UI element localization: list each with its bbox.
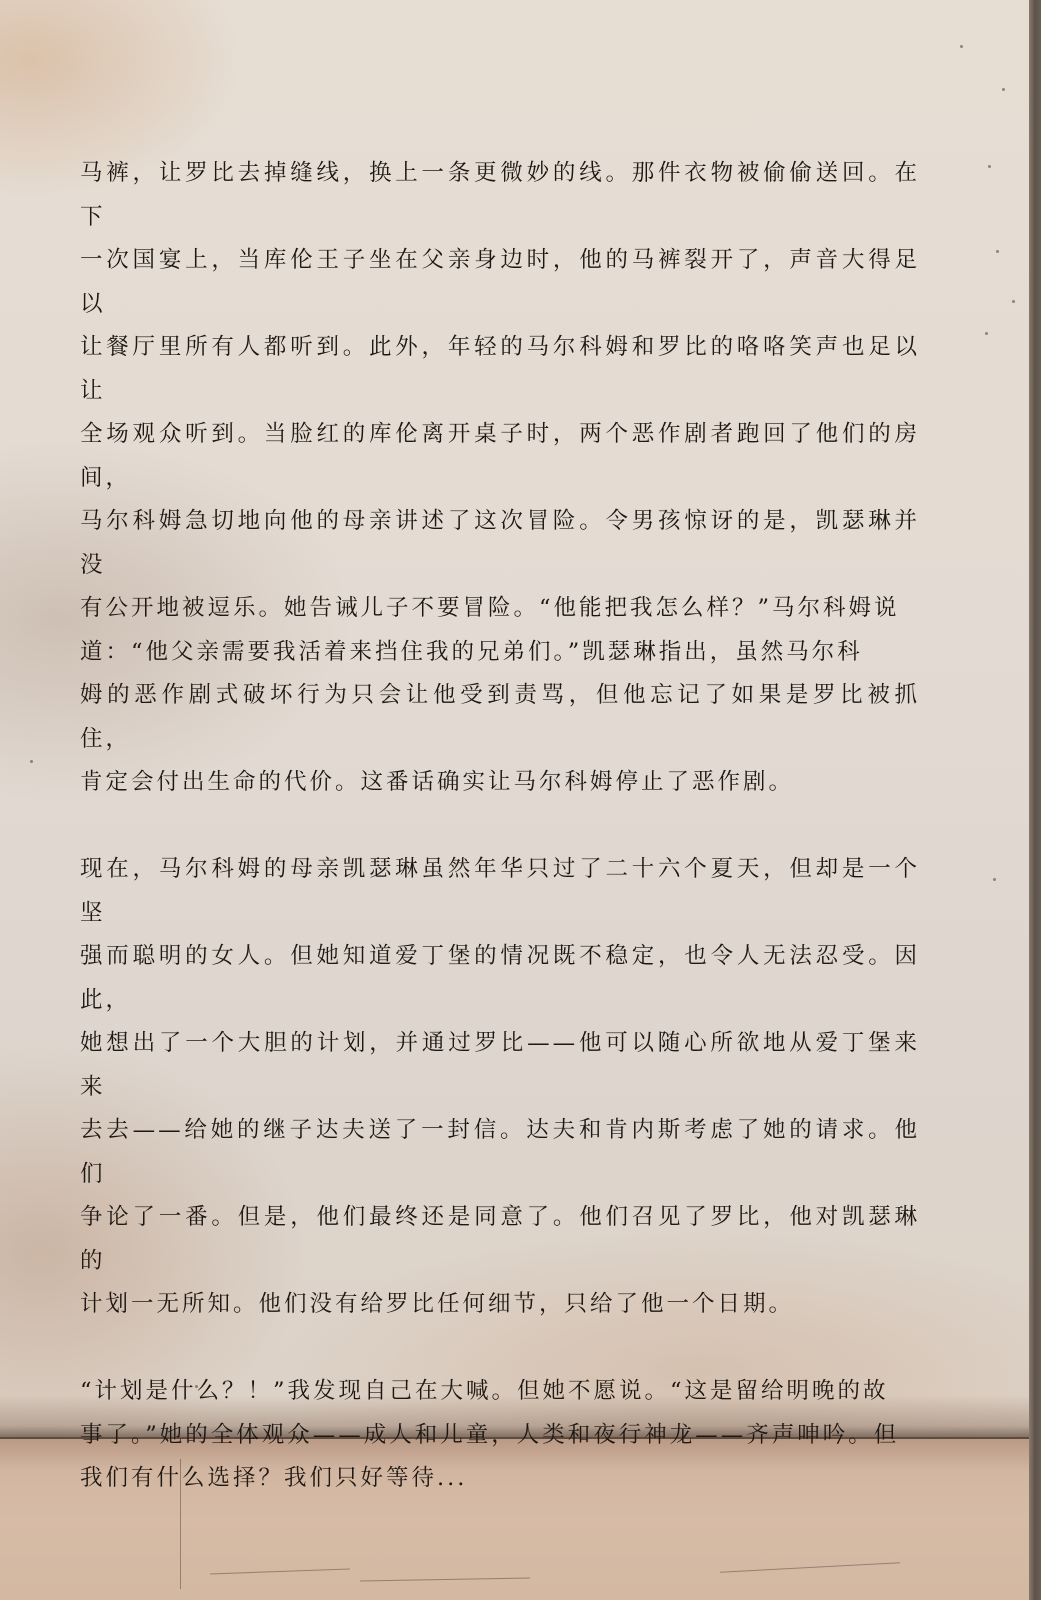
paper-speck xyxy=(30,760,33,763)
text-line: 马尔科姆急切地向他的母亲讲述了这次冒险。令男孩惊讶的是，凯瑟琳并没 xyxy=(80,508,920,578)
text-line: 计划一无所知。他们没有给罗比任何细节，只给了他一个日期。 xyxy=(80,1291,794,1317)
page-right-edge xyxy=(1029,0,1041,1600)
text-line: 姆的恶作剧式破坏行为只会让他受到责骂，但他忘记了如果是罗比被抓住， xyxy=(80,682,920,752)
paper-speck xyxy=(985,332,988,335)
text-line: 争论了一番。但是，他们最终还是同意了。他们召见了罗比，他对凯瑟琳的 xyxy=(80,1204,920,1274)
paper-speck xyxy=(988,165,991,168)
text-line: 现在，马尔科姆的母亲凯瑟琳虽然年华只过了二十六个夏天，但却是一个坚 xyxy=(80,856,920,926)
text-line: “计划是什么？！”我发现自己在大喊。但她不愿说。“这是留给明晚的故 xyxy=(80,1378,889,1404)
parchment-page: 马裤，让罗比去掉缝线，换上一条更微妙的线。那件衣物被偷偷送回。在下 一次国宴上，… xyxy=(0,0,1041,1600)
paper-speck xyxy=(1002,88,1005,91)
text-line: 去去——给她的继子达夫送了一封信。达夫和肯内斯考虑了她的请求。他们 xyxy=(80,1117,920,1187)
text-line: 全场观众听到。当脸红的库伦离开桌子时，两个恶作剧者跑回了他们的房间， xyxy=(80,421,920,491)
paragraph-2: 现在，马尔科姆的母亲凯瑟琳虽然年华只过了二十六个夏天，但却是一个坚 强而聪明的女… xyxy=(80,848,920,1327)
paper-speck xyxy=(993,878,996,881)
text-line: 有公开地被逗乐。她告诫儿子不要冒险。“他能把我怎么样？”马尔科姆说 xyxy=(80,595,900,621)
paper-speck xyxy=(996,250,999,253)
paper-speck xyxy=(1012,300,1015,303)
text-line: 马裤，让罗比去掉缝线，换上一条更微妙的线。那件衣物被偷偷送回。在下 xyxy=(80,160,920,230)
paragraph-3: “计划是什么？！”我发现自己在大喊。但她不愿说。“这是留给明晚的故 事了。”她的… xyxy=(80,1370,920,1501)
paragraph-1: 马裤，让罗比去掉缝线，换上一条更微妙的线。那件衣物被偷偷送回。在下 一次国宴上，… xyxy=(80,152,920,805)
text-line: 让餐厅里所有人都听到。此外，年轻的马尔科姆和罗比的咯咯笑声也足以让 xyxy=(80,334,920,404)
text-line: 一次国宴上，当库伦王子坐在父亲身边时，他的马裤裂开了，声音大得足以 xyxy=(80,247,920,317)
paper-crack xyxy=(720,1562,900,1572)
paper-crack xyxy=(360,1578,530,1582)
paper-speck xyxy=(960,45,963,48)
text-line: 肯定会付出生命的代价。这番话确实让马尔科姆停止了恶作剧。 xyxy=(80,769,794,795)
text-line: 道：“他父亲需要我活着来挡住我的兄弟们。”凯瑟琳指出，虽然马尔科 xyxy=(80,639,863,665)
text-line: 她想出了一个大胆的计划，并通过罗比——他可以随心所欲地从爱丁堡来来 xyxy=(80,1030,920,1100)
text-line: 强而聪明的女人。但她知道爱丁堡的情况既不稳定，也令人无法忍受。因此， xyxy=(80,943,920,1013)
text-line: 我们有什么选择？我们只好等待... xyxy=(80,1465,467,1491)
story-text: 马裤，让罗比去掉缝线，换上一条更微妙的线。那件衣物被偷偷送回。在下 一次国宴上，… xyxy=(80,152,920,1544)
paper-crack xyxy=(210,1569,350,1575)
text-line: 事了。”她的全体观众——成人和儿童，人类和夜行神龙——齐声呻吟。但 xyxy=(80,1422,899,1448)
